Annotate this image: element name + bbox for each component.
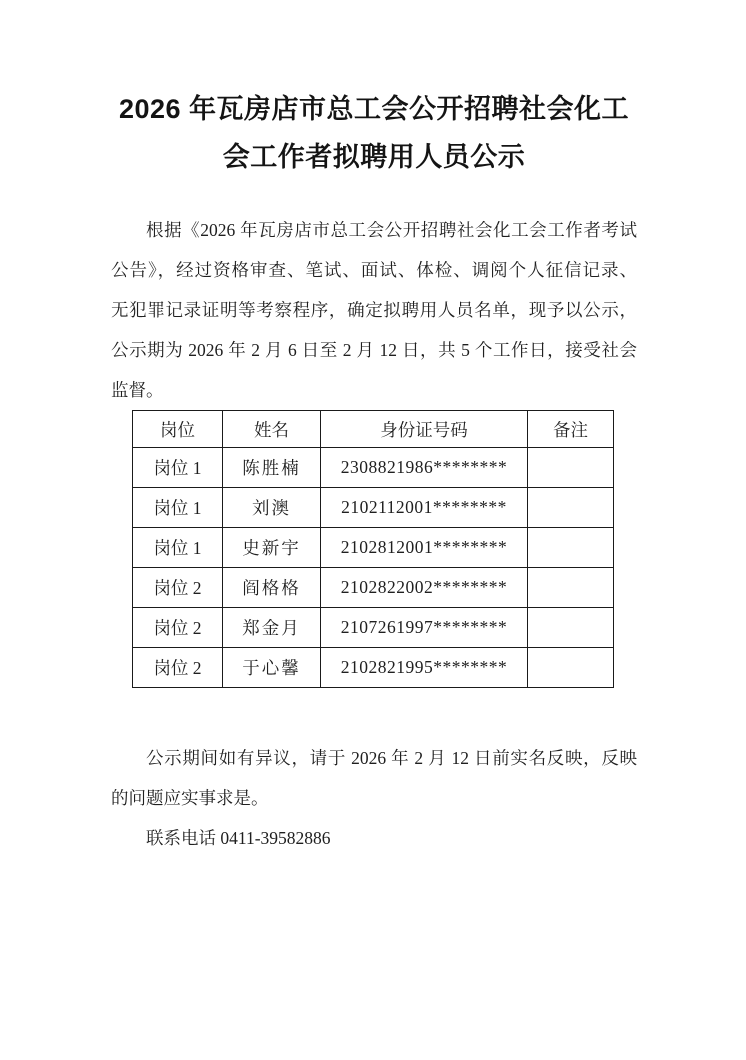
closing-line-2: 的问题应实事求是。 — [111, 778, 637, 818]
cell-remark — [528, 448, 614, 488]
title-line-1: 2026 年瓦房店市总工会公开招聘社会化工 — [111, 85, 637, 133]
table-row: 岗位 2 于心馨 2102821995******** — [133, 648, 614, 688]
cell-remark — [528, 528, 614, 568]
title-line-2: 会工作者拟聘用人员公示 — [111, 133, 637, 181]
cell-name: 刘澳 — [223, 488, 321, 528]
cell-remark — [528, 568, 614, 608]
table-row: 岗位 1 陈胜楠 2308821986******** — [133, 448, 614, 488]
table-row: 岗位 1 史新宇 2102812001******** — [133, 528, 614, 568]
header-cell-position: 岗位 — [133, 411, 223, 448]
cell-id-number: 2308821986******** — [321, 448, 528, 488]
header-cell-remark: 备注 — [528, 411, 614, 448]
table-row: 岗位 2 阎格格 2102822002******** — [133, 568, 614, 608]
intro-line-3: 无犯罪记录证明等考察程序，确定拟聘用人员名单，现予以公示， — [111, 290, 637, 330]
cell-position: 岗位 2 — [133, 608, 223, 648]
cell-id-number: 2107261997******** — [321, 608, 528, 648]
cell-name: 陈胜楠 — [223, 448, 321, 488]
intro-line-4: 公示期为 2026 年 2 月 6 日至 2 月 12 日，共 5 个工作日，接… — [111, 330, 637, 370]
cell-name: 郑金月 — [223, 608, 321, 648]
cell-id-number: 2102112001******** — [321, 488, 528, 528]
contact-phone: 联系电话 0411-39582886 — [111, 818, 637, 858]
closing-line-1: 公示期间如有异议，请于 2026 年 2 月 12 日前实名反映，反映 — [111, 738, 637, 778]
intro-line-2: 公告》，经过资格审查、笔试、面试、体检、调阅个人征信记录、 — [111, 250, 637, 290]
cell-position: 岗位 1 — [133, 448, 223, 488]
intro-line-1: 根据《2026 年瓦房店市总工会公开招聘社会化工会工作者考试 — [111, 210, 637, 250]
cell-name: 阎格格 — [223, 568, 321, 608]
table-row: 岗位 2 郑金月 2107261997******** — [133, 608, 614, 648]
cell-id-number: 2102821995******** — [321, 648, 528, 688]
document-page: 2026 年瓦房店市总工会公开招聘社会化工 会工作者拟聘用人员公示 根据《202… — [0, 0, 746, 1060]
cell-remark — [528, 488, 614, 528]
cell-name: 于心馨 — [223, 648, 321, 688]
candidates-table: 岗位 姓名 身份证号码 备注 岗位 1 陈胜楠 2308821986******… — [132, 410, 614, 688]
header-cell-id-number: 身份证号码 — [321, 411, 528, 448]
cell-position: 岗位 1 — [133, 528, 223, 568]
document-content: 2026 年瓦房店市总工会公开招聘社会化工 会工作者拟聘用人员公示 根据《202… — [111, 0, 637, 858]
intro-paragraph: 根据《2026 年瓦房店市总工会公开招聘社会化工会工作者考试 公告》，经过资格审… — [111, 210, 637, 410]
cell-remark — [528, 648, 614, 688]
document-title: 2026 年瓦房店市总工会公开招聘社会化工 会工作者拟聘用人员公示 — [111, 85, 637, 181]
header-cell-name: 姓名 — [223, 411, 321, 448]
cell-id-number: 2102812001******** — [321, 528, 528, 568]
cell-name: 史新宇 — [223, 528, 321, 568]
table-header-row: 岗位 姓名 身份证号码 备注 — [133, 411, 614, 448]
table-row: 岗位 1 刘澳 2102112001******** — [133, 488, 614, 528]
cell-position: 岗位 2 — [133, 568, 223, 608]
cell-remark — [528, 608, 614, 648]
intro-line-5: 监督。 — [111, 370, 637, 410]
cell-position: 岗位 2 — [133, 648, 223, 688]
cell-position: 岗位 1 — [133, 488, 223, 528]
closing-paragraph: 公示期间如有异议，请于 2026 年 2 月 12 日前实名反映，反映 的问题应… — [111, 738, 637, 818]
cell-id-number: 2102822002******** — [321, 568, 528, 608]
